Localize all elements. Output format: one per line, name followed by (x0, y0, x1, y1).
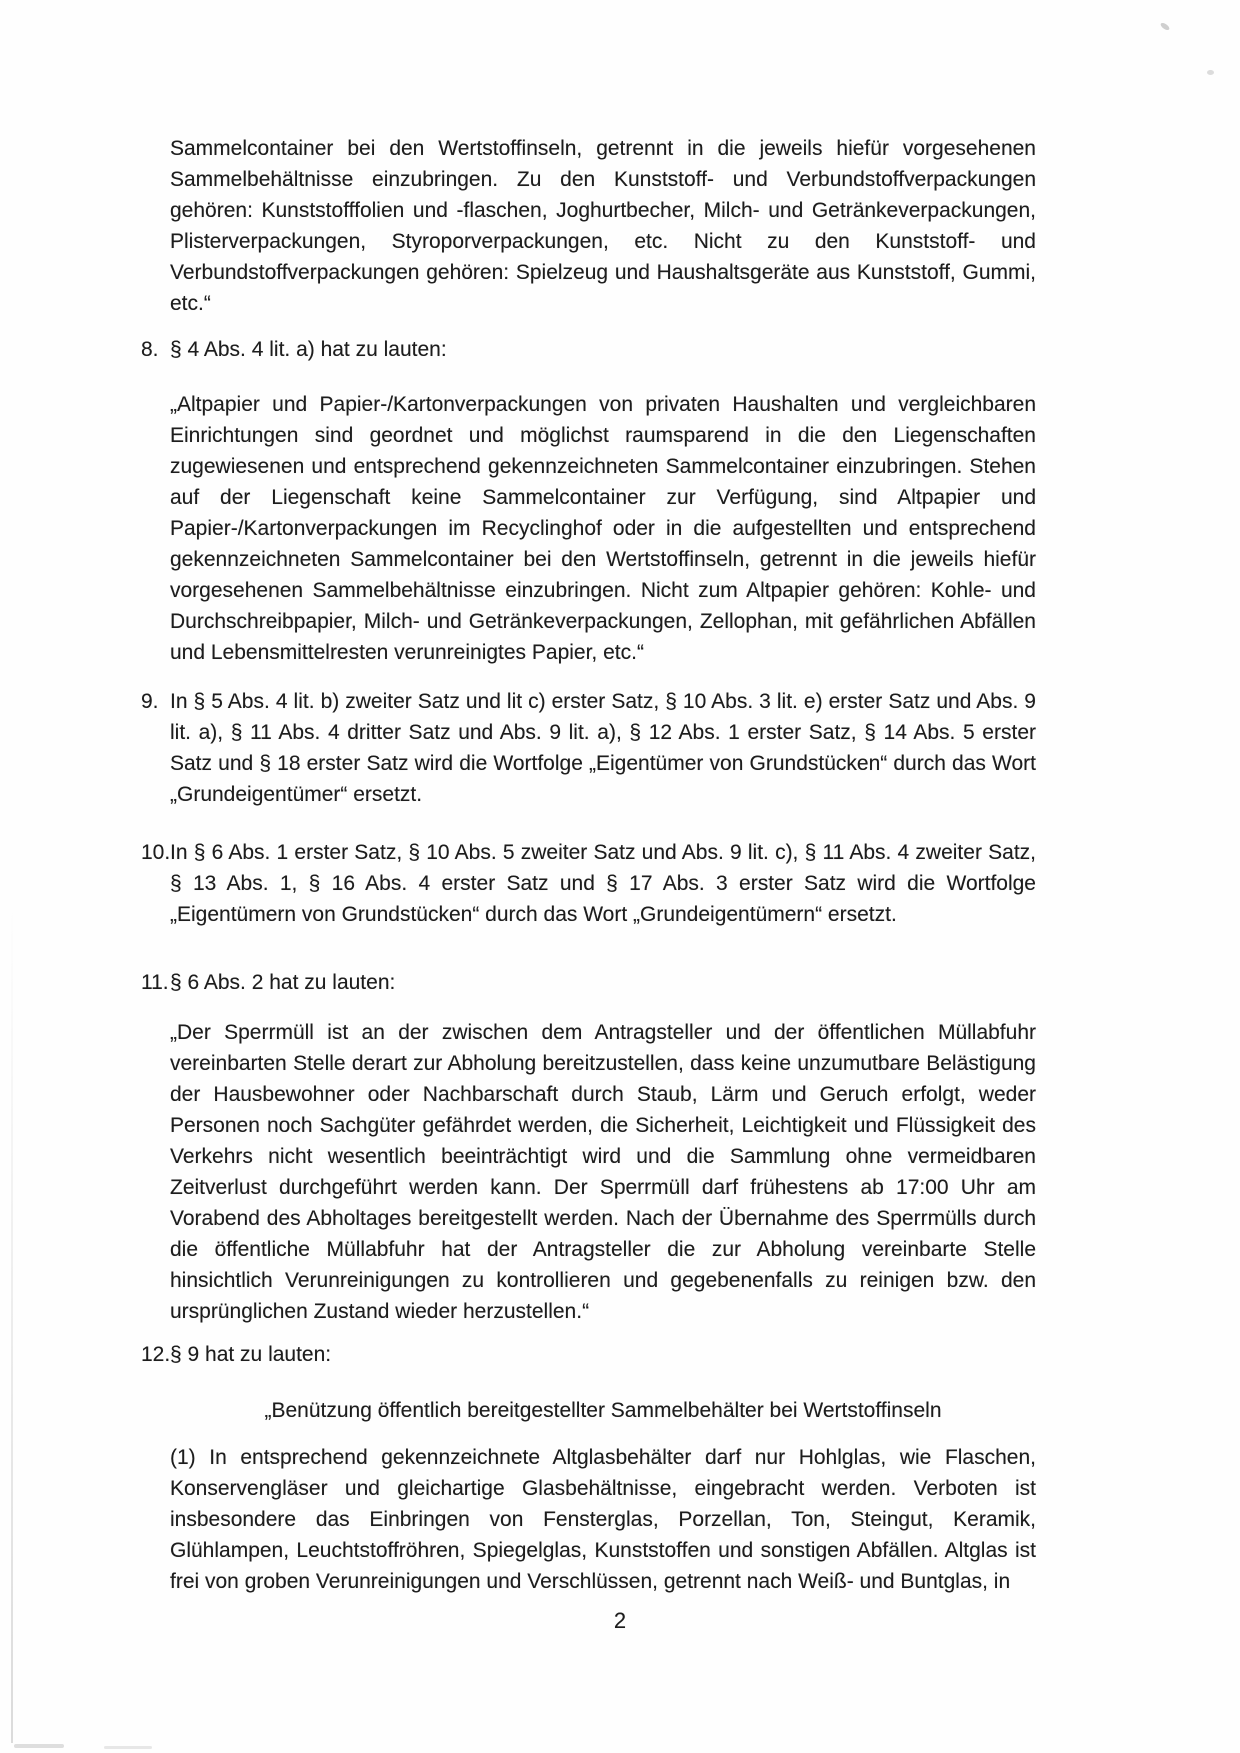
intro-paragraph: Sammelcontainer bei den Wertstoffinseln,… (170, 133, 1036, 319)
amendment-item-10: 10. In § 6 Abs. 1 erster Satz, § 10 Abs.… (170, 837, 1036, 930)
page-number: 2 (0, 1608, 1240, 1634)
section-subtitle: „Benützung öffentlich bereitgestellter S… (170, 1395, 1036, 1426)
item-number: 11. (141, 967, 169, 998)
item-number: 8. (141, 334, 159, 365)
item-paragraph: In § 6 Abs. 1 erster Satz, § 10 Abs. 5 z… (170, 837, 1036, 930)
document-body: Sammelcontainer bei den Wertstoffinseln,… (170, 133, 1036, 1597)
item-number: 12. (141, 1339, 170, 1370)
quoted-paragraph: „Der Sperrmüll ist an der zwischen dem A… (170, 1017, 1036, 1327)
quoted-paragraph: „Altpapier und Papier-/Kartonverpackunge… (170, 389, 1036, 668)
amendment-item-9: 9. In § 5 Abs. 4 lit. b) zweiter Satz un… (170, 686, 1036, 810)
item-paragraph: In § 5 Abs. 4 lit. b) zweiter Satz und l… (170, 686, 1036, 810)
amendment-item-12: 12. § 9 hat zu lauten: „Benützung öffent… (170, 1339, 1036, 1597)
amendment-item-8: 8. § 4 Abs. 4 lit. a) hat zu lauten: „Al… (170, 334, 1036, 668)
scanned-document-page: Sammelcontainer bei den Wertstoffinseln,… (0, 0, 1240, 1753)
item-heading: § 6 Abs. 2 hat zu lauten: (170, 967, 395, 998)
scan-artifact-speck (1159, 22, 1170, 32)
scan-artifact-bottom-smudge (14, 1744, 64, 1748)
scan-artifact-bottom-smudge (104, 1746, 152, 1749)
item-number: 10. (141, 837, 170, 868)
amendment-item-11: 11. § 6 Abs. 2 hat zu lauten: „Der Sperr… (170, 967, 1036, 1327)
item-heading: § 9 hat zu lauten: (170, 1339, 331, 1370)
quoted-paragraph: (1) In entsprechend gekennzeichnete Altg… (170, 1442, 1036, 1597)
item-number: 9. (141, 686, 159, 717)
item-heading: § 4 Abs. 4 lit. a) hat zu lauten: (170, 334, 447, 365)
scan-artifact-speck (1207, 70, 1214, 75)
